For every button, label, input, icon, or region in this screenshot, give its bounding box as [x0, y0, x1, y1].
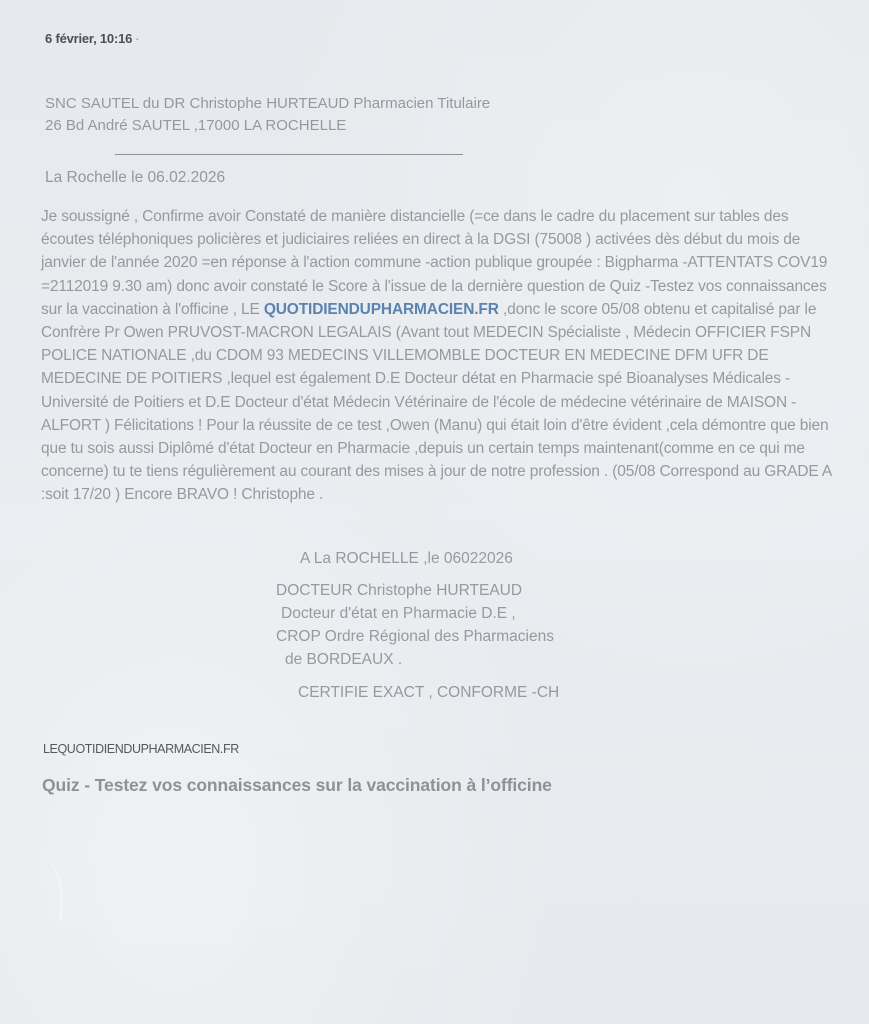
header-divider: [115, 154, 463, 155]
timestamp-text: 6 février, 10:16: [45, 31, 132, 46]
link-preview-title[interactable]: Quiz - Testez vos connaissances sur la v…: [42, 775, 552, 796]
signature-certification: CERTIFIE EXACT , CONFORME -CH: [298, 684, 559, 702]
paper-crease: [30, 860, 62, 920]
document-page: 6 février, 10:16· SNC SAUTEL du DR Chris…: [0, 0, 869, 1024]
timestamp-separator: ·: [135, 31, 139, 46]
letter-header: SNC SAUTEL du DR Christophe HURTEAUD Pha…: [45, 93, 490, 137]
message-timestamp: 6 février, 10:16·: [45, 31, 139, 46]
signature-name: DOCTEUR Christophe HURTEAUD: [276, 582, 522, 600]
header-address-line: 26 Bd André SAUTEL ,17000 LA ROCHELLE: [45, 115, 490, 137]
link-preview-source[interactable]: LEQUOTIDIENDUPHARMACIEN.FR: [43, 742, 239, 756]
letter-body: Je soussigné , Confirme avoir Constaté d…: [41, 205, 841, 507]
body-text-part-2: ,donc le score 05/08 obtenu et capitalis…: [41, 301, 831, 504]
signature-organization: CROP Ordre Régional des Pharmaciens: [276, 628, 554, 646]
quotidien-pharmacien-link[interactable]: QUOTIDIENDUPHARMACIEN.FR: [264, 301, 499, 318]
signature-title: Docteur d'état en Pharmacie D.E ,: [281, 605, 516, 623]
signature-place-date: A La ROCHELLE ,le 06022026: [300, 550, 513, 568]
header-company-line: SNC SAUTEL du DR Christophe HURTEAUD Pha…: [45, 93, 490, 115]
signature-city: de BORDEAUX .: [285, 651, 402, 669]
letter-date: La Rochelle le 06.02.2026: [45, 169, 225, 187]
